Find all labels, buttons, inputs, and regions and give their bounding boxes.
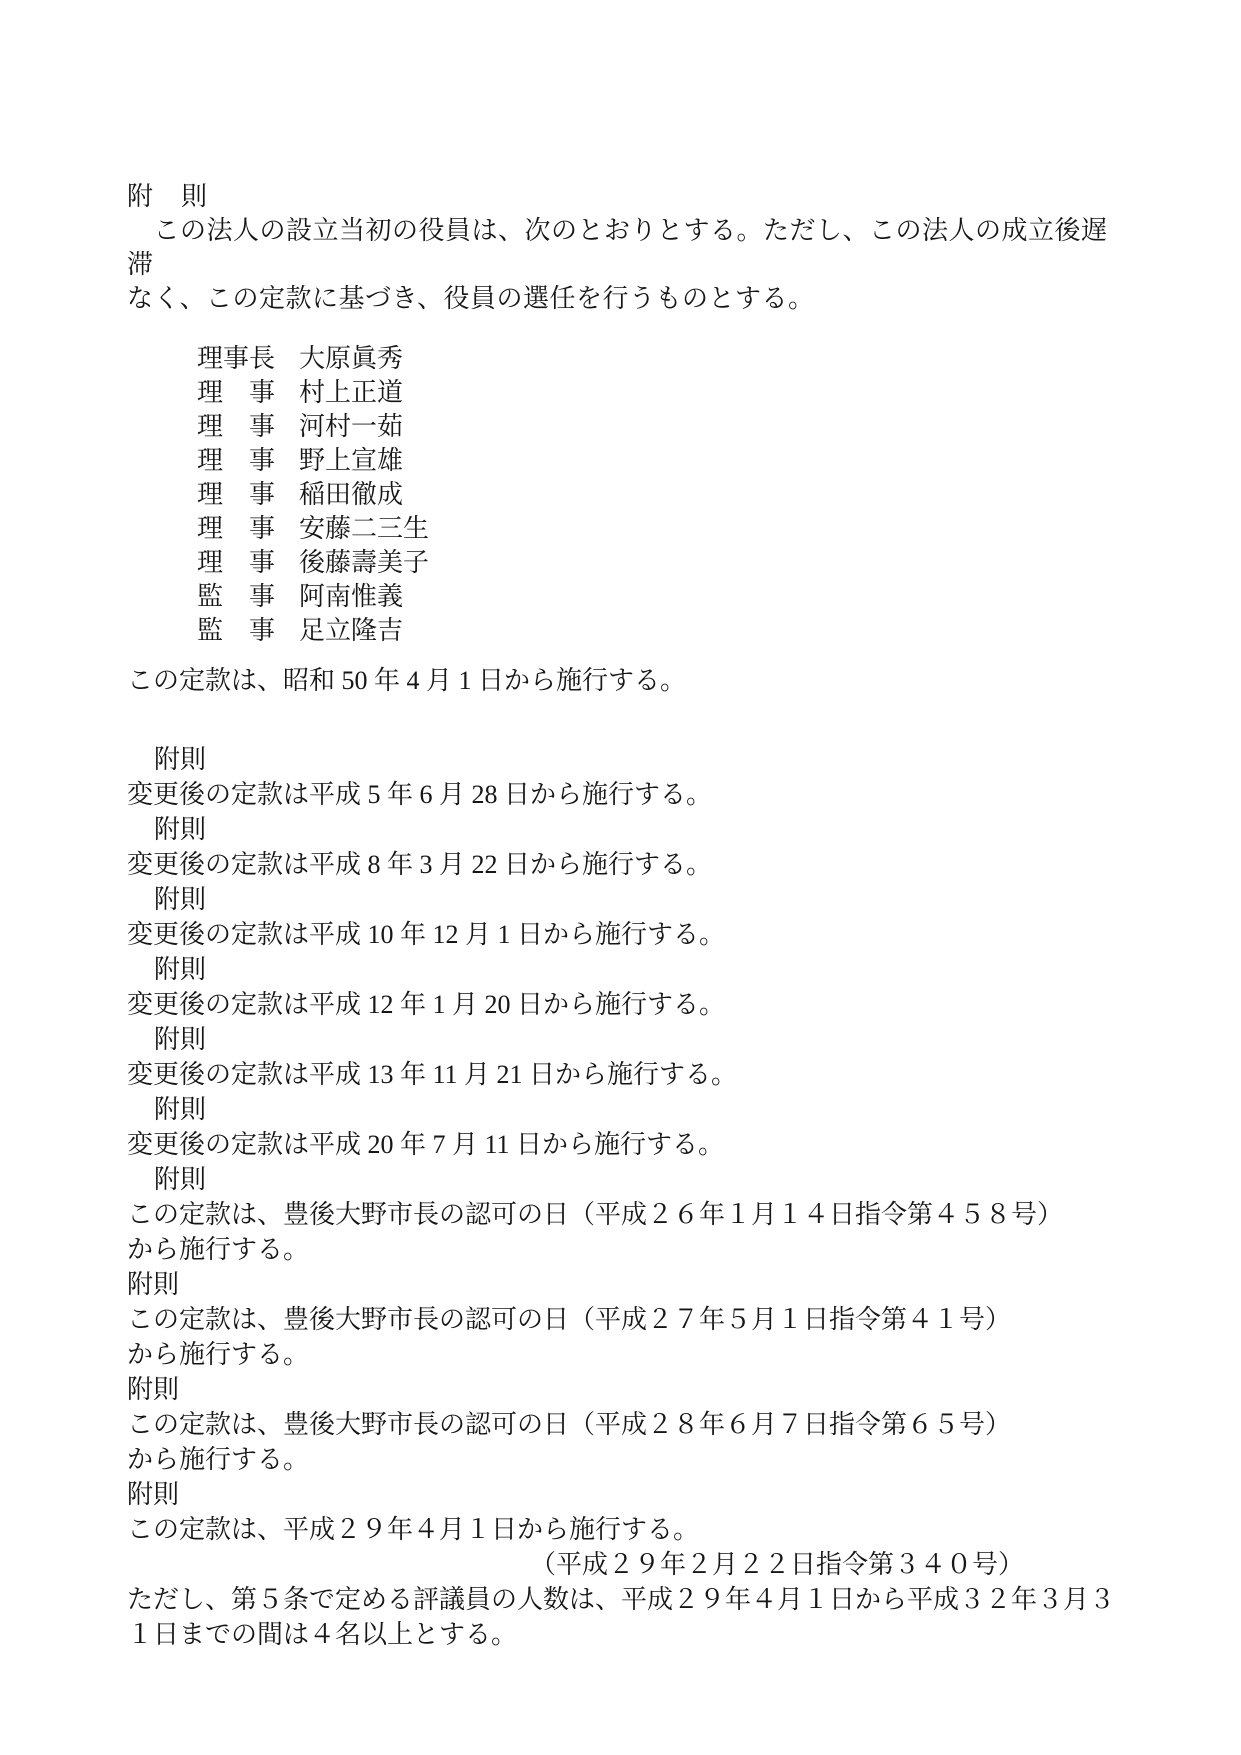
amendment-heading: 附則 xyxy=(127,952,1131,987)
officer-row: 理 事 河村一茹 xyxy=(197,410,1131,444)
amendment-line: この定款は、豊後大野市長の認可の日（平成２６年１月１４日指令第４５８号） xyxy=(127,1197,1131,1232)
officer-row: 理 事 後藤壽美子 xyxy=(197,546,1131,580)
amendment-line: 変更後の定款は平成 12 年 1 月 20 日から施行する。 xyxy=(127,987,1131,1022)
officer-name: 安藤二三生 xyxy=(299,512,429,546)
officer-row: 理 事 稲田徹成 xyxy=(197,478,1131,512)
amendment-heading: 附則 xyxy=(127,1267,1131,1302)
amendment-heading: 附則 xyxy=(127,1372,1131,1407)
officer-row: 監 事 足立隆吉 xyxy=(197,614,1131,648)
officer-row: 監 事 阿南惟義 xyxy=(197,580,1131,614)
amendment-heading: 附則 xyxy=(127,812,1131,847)
amendment-heading: 附則 xyxy=(127,1022,1131,1057)
officer-role: 理 事 xyxy=(197,410,277,444)
amendment-directive-note: （平成２９年２月２２日指令第３４０号） xyxy=(127,1547,1131,1582)
section-title: 附 則 xyxy=(127,180,1131,214)
officer-role: 監 事 xyxy=(197,614,277,648)
amendment-heading: 附則 xyxy=(127,882,1131,917)
officer-row: 理 事 安藤二三生 xyxy=(197,512,1131,546)
officer-role: 理 事 xyxy=(197,376,277,410)
officer-name: 後藤壽美子 xyxy=(299,546,429,580)
enactment-statement: この定款は、昭和 50 年 4 月 1 日から施行する。 xyxy=(127,664,1131,698)
amendment-line: から施行する。 xyxy=(127,1442,1131,1477)
officer-name: 村上正道 xyxy=(299,376,403,410)
amendment-heading: 附則 xyxy=(127,1162,1131,1197)
amendment-line: 変更後の定款は平成 20 年 7 月 11 日から施行する。 xyxy=(127,1127,1131,1162)
amendment-heading: 附則 xyxy=(127,1477,1131,1512)
amendment-line: この定款は、豊後大野市長の認可の日（平成２８年６月７日指令第６５号） xyxy=(127,1407,1131,1442)
amendment-line: この定款は、平成２９年４月１日から施行する。 xyxy=(127,1512,1131,1547)
document-page: 附 則 この法人の設立当初の役員は、次のとおりとする。ただし、この法人の成立後遅… xyxy=(0,0,1241,1755)
officer-name: 足立隆吉 xyxy=(299,614,403,648)
officer-role: 理 事 xyxy=(197,444,277,478)
officer-row: 理 事 野上宣雄 xyxy=(197,444,1131,478)
officer-name: 河村一茹 xyxy=(299,410,403,444)
amendment-line: 変更後の定款は平成 13 年 11 月 21 日から施行する。 xyxy=(127,1057,1131,1092)
officer-name: 野上宣雄 xyxy=(299,444,403,478)
officer-role: 理 事 xyxy=(197,546,277,580)
officer-row: 理事長 大原眞秀 xyxy=(197,342,1131,376)
intro-line-2: なく、この定款に基づき、役員の選任を行うものとする。 xyxy=(127,282,1131,316)
amendment-line: から施行する。 xyxy=(127,1337,1131,1372)
officer-role: 理 事 xyxy=(197,512,277,546)
intro-line-1: この法人の設立当初の役員は、次のとおりとする。ただし、この法人の成立後遅滞 xyxy=(127,214,1131,282)
amendment-heading: 附則 xyxy=(127,742,1131,777)
intro-paragraph: この法人の設立当初の役員は、次のとおりとする。ただし、この法人の成立後遅滞 なく… xyxy=(127,214,1131,316)
officer-role: 監 事 xyxy=(197,580,277,614)
amendments-section: 附則 変更後の定款は平成 5 年 6 月 28 日から施行する。 附則 変更後の… xyxy=(127,742,1131,1652)
amendment-line: 変更後の定款は平成 5 年 6 月 28 日から施行する。 xyxy=(127,777,1131,812)
officer-row: 理 事 村上正道 xyxy=(197,376,1131,410)
amendment-line: から施行する。 xyxy=(127,1232,1131,1267)
amendment-line: 変更後の定款は平成 10 年 12 月 1 日から施行する。 xyxy=(127,917,1131,952)
officer-name: 阿南惟義 xyxy=(299,580,403,614)
amendment-line: １日までの間は４名以上とする。 xyxy=(127,1617,1131,1652)
amendment-heading: 附則 xyxy=(127,1092,1131,1127)
officer-role: 理 事 xyxy=(197,478,277,512)
officer-list: 理事長 大原眞秀 理 事 村上正道 理 事 河村一茹 理 事 野上宣雄 理 事 … xyxy=(127,342,1131,648)
amendment-line: この定款は、豊後大野市長の認可の日（平成２７年５月１日指令第４１号） xyxy=(127,1302,1131,1337)
officer-name: 稲田徹成 xyxy=(299,478,403,512)
amendment-line: 変更後の定款は平成 8 年 3 月 22 日から施行する。 xyxy=(127,847,1131,882)
officer-name: 大原眞秀 xyxy=(299,342,403,376)
amendment-line: ただし、第５条で定める評議員の人数は、平成２９年４月１日から平成３２年３月３ xyxy=(127,1582,1131,1617)
officer-role: 理事長 xyxy=(197,342,277,376)
